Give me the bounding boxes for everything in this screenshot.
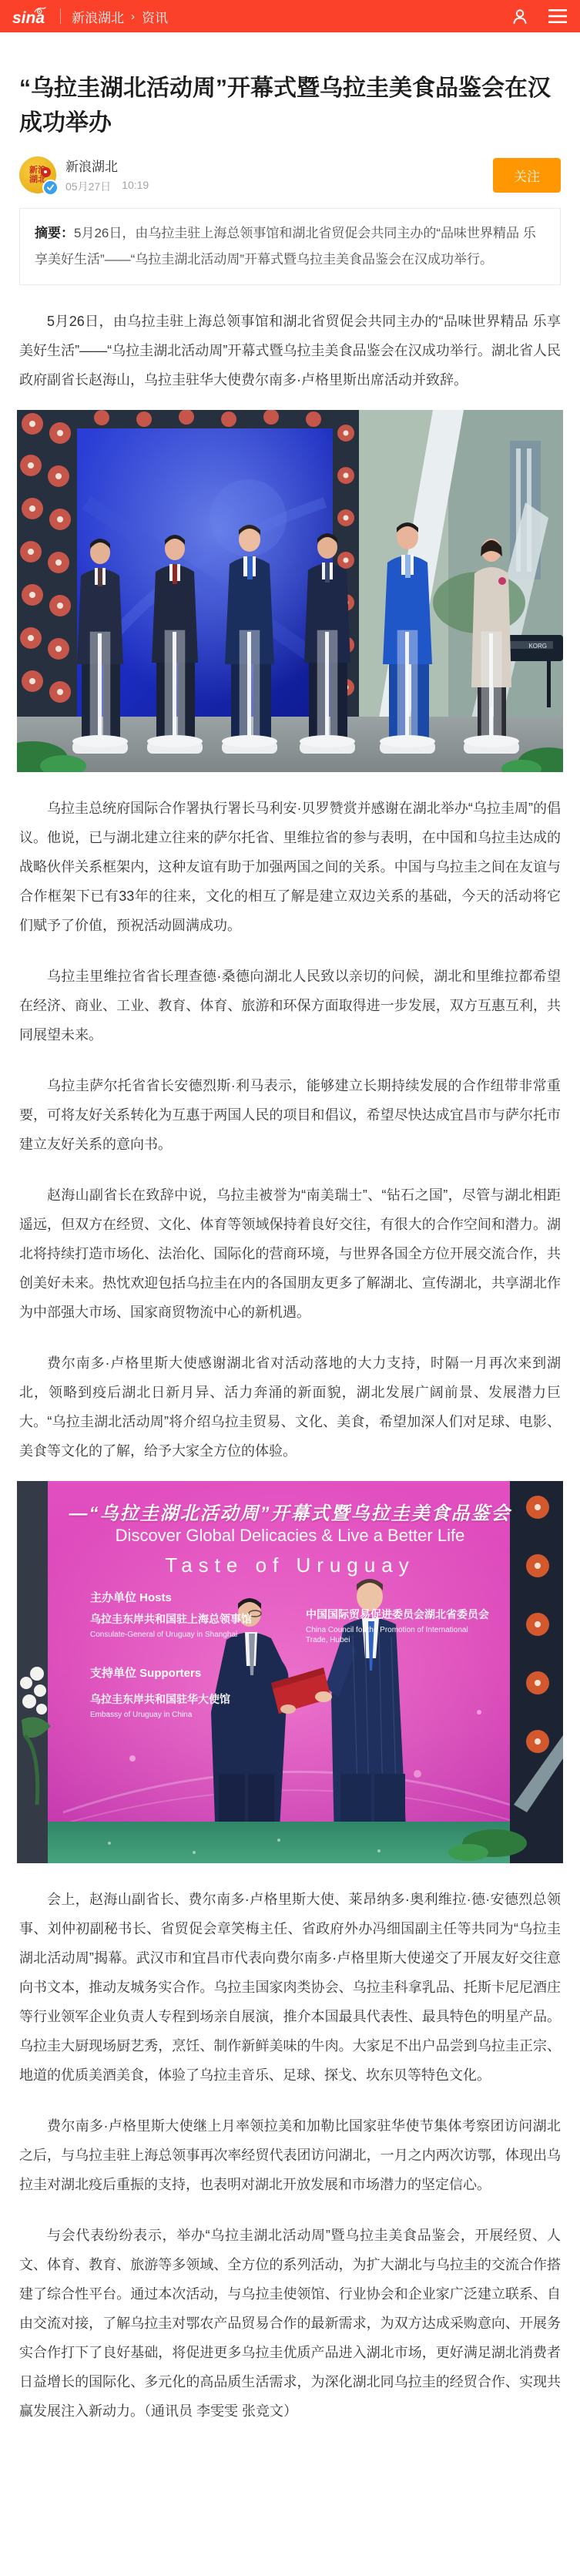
hamburger-icon (548, 8, 568, 25)
paragraph-4: 乌拉圭萨尔托省省长安德烈斯·利马表示，能够建立长期持续发展的合作纽带非常重要，可… (19, 1071, 561, 1159)
header-divider (60, 8, 61, 24)
bottom-whitespace (0, 2426, 580, 2457)
breadcrumb-section-link[interactable]: 新浪湖北 (72, 7, 124, 26)
article-title: “乌拉圭湖北活动周”开幕式暨乌拉圭美食品鉴会在汉成功举办 (19, 71, 561, 140)
menu-button[interactable] (548, 8, 568, 25)
publish-time: 10:19 (122, 179, 149, 194)
disc-wall-right2 (510, 1481, 563, 1863)
publish-date: 05月27日 (65, 179, 111, 194)
article-photo-1[interactable]: KORG (17, 410, 563, 772)
paragraph-3: 乌拉圭里维拉省省长理查德·桑德向湖北人民致以亲切的问候，湖北和里维拉都希望在经济… (19, 962, 561, 1050)
avatar-eye-mark (41, 167, 51, 177)
photo1-scene: KORG (17, 410, 563, 772)
verified-badge-icon (42, 180, 59, 196)
paragraph-8: 费尔南多·卢格里斯大使继上月率领拉美和加勒比国家驻华使节集体考察团访问湖北之后，… (19, 2111, 561, 2199)
abstract-box: 摘要：5月26日，由乌拉圭驻上海总领事馆和湖北省贸促会共同主办的“品味世界精品 … (19, 208, 561, 285)
photo2-scene (17, 1481, 563, 1863)
author-row: 新浪 湖北 新浪湖北 05月27日 10:19 关注 (19, 156, 561, 194)
publish-datetime: 05月27日 10:19 (65, 179, 149, 194)
abstract-label: 摘要： (35, 226, 74, 240)
sina-logo[interactable]: sina (12, 6, 46, 26)
flower-arrangement (17, 1481, 51, 1863)
keyboard-brand: KORG (528, 643, 547, 650)
top-nav-bar: sina 新浪湖北 › 资讯 (0, 0, 580, 32)
breadcrumb-page-link[interactable]: 资讯 (142, 7, 168, 26)
user-account-button[interactable] (511, 7, 529, 25)
abstract-text: 5月26日，由乌拉圭驻上海总领事馆和湖北省贸促会共同主办的“品味世界精品 乐享美… (35, 226, 536, 267)
follow-button[interactable]: 关注 (493, 158, 561, 193)
paragraph-5: 赵海山副省长在致辞中说，乌拉圭被誉为“南美瑞士”、“钻石之国”，尽管与湖北相距遥… (19, 1181, 561, 1327)
author-name[interactable]: 新浪湖北 (65, 156, 149, 175)
sina-eye-icon (34, 6, 46, 15)
paragraph-9: 与会代表纷纷表示，举办“乌拉圭湖北活动周”暨乌拉圭美食品鉴会，开展经贸、人文、体… (19, 2221, 561, 2426)
paragraph-7: 会上，赵海山副省长、费尔南多·卢格里斯大使、莱昂纳多·奥利维拉·德·安德烈总领事… (19, 1885, 561, 2090)
paragraph-2: 乌拉圭总统府国际合作署执行署长马利安·贝罗赞赏并感谢在湖北举办“乌拉圭周”的倡议… (19, 794, 561, 940)
user-icon (511, 7, 529, 25)
disc-wall-left (17, 410, 77, 718)
paragraph-1: 5月26日，由乌拉圭驻上海总领事馆和湖北省贸促会共同主办的“品味世界精品 乐享美… (19, 307, 561, 395)
article-photo-2[interactable]: —“乌拉圭湖北活动周”开幕式暨乌拉圭美食品鉴会 Discover Global … (17, 1481, 563, 1863)
breadcrumb-separator: › (131, 10, 135, 23)
breadcrumb: 新浪湖北 › 资讯 (72, 7, 168, 26)
paragraph-6: 费尔南多·卢格里斯大使感谢湖北省对活动落地的大力支持，时隔一月再次来到湖北，领略… (19, 1348, 561, 1466)
disc-wall-top (77, 410, 333, 428)
author-avatar[interactable]: 新浪 湖北 (19, 156, 56, 193)
green-carpet (48, 1822, 527, 1863)
